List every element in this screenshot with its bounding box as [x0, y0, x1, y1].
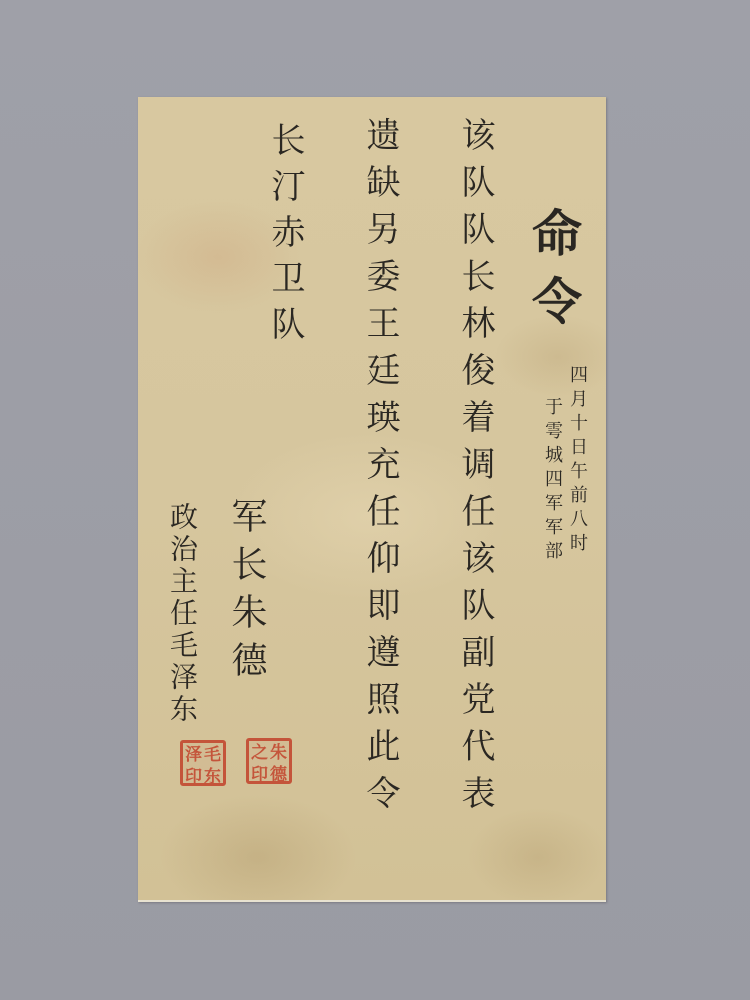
seal-char: 毛	[203, 744, 222, 766]
seal-char: 德	[269, 764, 288, 786]
seal-zhu-de: 之 朱 印 德	[246, 738, 292, 784]
place-line: 于雩城四军军部	[543, 397, 561, 565]
seal-char: 东	[203, 766, 222, 788]
body-column-2: 遗缺另委王廷瑛充任仰即遵照此令	[363, 117, 397, 822]
seal-mao-zedong: 泽 毛 印 东	[180, 740, 226, 786]
body-column-1: 该队队长林俊着调任该队副党代表	[458, 117, 492, 822]
seal-char: 泽	[184, 744, 203, 766]
seal-char: 印	[250, 764, 269, 786]
seal-char: 之	[250, 742, 269, 764]
date-line: 四月十日午前八时	[568, 365, 586, 557]
order-title: 命令	[528, 207, 578, 343]
signature-commander: 军长朱德	[228, 497, 264, 689]
seal-char: 印	[184, 766, 203, 788]
signature-political-director: 政治主任毛泽东	[168, 502, 196, 726]
body-column-3: 长汀赤卫队	[268, 122, 302, 352]
seal-char: 朱	[269, 742, 288, 764]
document-paper: 命令 四月十日午前八时 于雩城四军军部 该队队长林俊着调任该队副党代表 遗缺另委…	[138, 97, 606, 902]
